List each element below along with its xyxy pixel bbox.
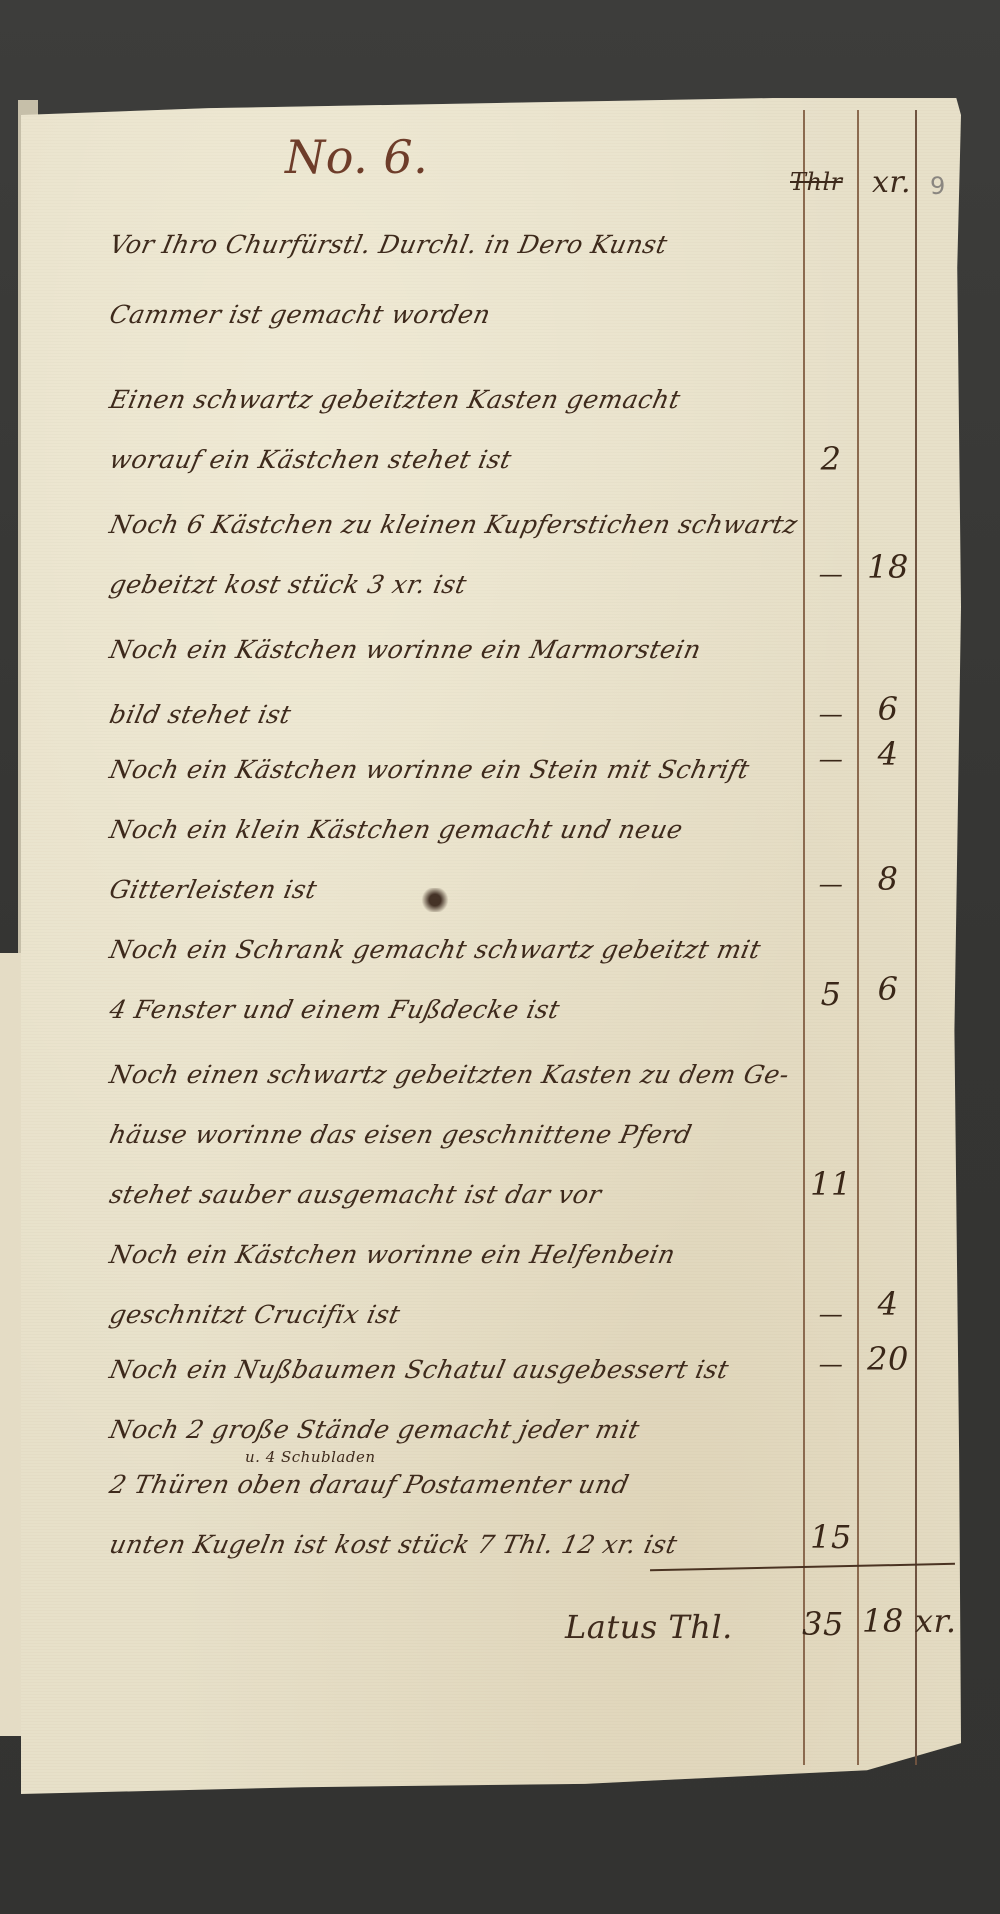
intro-line: Vor Ihro Churfürstl. Durchl. in Dero Kun… bbox=[107, 230, 670, 259]
entry-line: Noch ein klein Kästchen gemacht und neue bbox=[107, 815, 686, 844]
amount-kreuzer: 20 bbox=[862, 1340, 914, 1378]
amount-thaler: — bbox=[808, 700, 854, 728]
amount-kreuzer: 6 bbox=[862, 690, 914, 728]
total-label: Latus Thl. bbox=[565, 1608, 733, 1646]
entry-line: geschnitzt Crucifix ist bbox=[107, 1300, 403, 1329]
entry-line: Einen schwartz gebeitzten Kasten gemacht bbox=[107, 385, 683, 414]
entry-line: häuse worinne das eisen geschnittene Pfe… bbox=[107, 1120, 695, 1149]
amount-thaler: 11 bbox=[808, 1165, 854, 1203]
entry-line: Noch ein Nußbaumen Schatul ausgebessert … bbox=[107, 1355, 732, 1384]
total-unit: xr. bbox=[915, 1602, 957, 1640]
column-rule-thlr bbox=[803, 110, 805, 1765]
entry-line: worauf ein Kästchen stehet ist bbox=[107, 445, 514, 474]
amount-thaler: — bbox=[808, 870, 854, 898]
amount-thaler: — bbox=[808, 560, 854, 588]
page-number: 9 bbox=[930, 172, 946, 200]
amount-thaler: — bbox=[808, 1350, 854, 1378]
amount-kreuzer: 8 bbox=[862, 860, 914, 898]
ink-blot bbox=[420, 888, 450, 912]
amount-thaler: — bbox=[808, 1300, 854, 1328]
entry-line: unten Kugeln ist kost stück 7 Thl. 12 xr… bbox=[107, 1530, 680, 1559]
interlinear-note: u. 4 Schubladen bbox=[245, 1448, 376, 1466]
amount-kreuzer: 6 bbox=[862, 970, 914, 1008]
entry-line: Noch ein Kästchen worinne ein Stein mit … bbox=[107, 755, 752, 784]
intro-line: Cammer ist gemacht worden bbox=[107, 300, 493, 329]
entry-line: 4 Fenster und einem Fußdecke ist bbox=[107, 995, 563, 1024]
amount-kreuzer: 18 bbox=[862, 548, 914, 586]
column-rule-kreuzer bbox=[857, 110, 859, 1765]
entry-line: stehet sauber ausgemacht ist dar vor bbox=[107, 1180, 604, 1209]
entry-line: Noch einen schwartz gebeitzten Kasten zu… bbox=[107, 1060, 792, 1089]
column-header-kreuzer: xr. bbox=[872, 165, 911, 200]
amount-thaler: — bbox=[808, 745, 854, 773]
total-thaler: 35 bbox=[800, 1605, 846, 1643]
entry-line: Noch 6 Kästchen zu kleinen Kupferstichen… bbox=[107, 510, 800, 539]
amount-thaler: 15 bbox=[808, 1518, 854, 1556]
document-number-heading: No. 6. bbox=[285, 130, 428, 184]
entry-line: Noch ein Kästchen worinne ein Marmorstei… bbox=[107, 635, 704, 664]
entry-line: bild stehet ist bbox=[107, 700, 294, 729]
entry-line: 2 Thüren oben darauf Postamenter und bbox=[107, 1470, 632, 1499]
entry-line: Noch ein Schrank gemacht schwartz gebeit… bbox=[107, 935, 764, 964]
entry-line: gebeitzt kost stück 3 xr. ist bbox=[107, 570, 469, 599]
column-rule-margin bbox=[915, 110, 917, 1765]
amount-kreuzer: 4 bbox=[862, 735, 914, 773]
entry-line: Noch ein Kästchen worinne ein Helfenbein bbox=[107, 1240, 678, 1269]
amount-kreuzer: 4 bbox=[862, 1285, 914, 1323]
amount-thaler: 2 bbox=[808, 440, 854, 478]
amount-thaler: 5 bbox=[808, 975, 854, 1013]
column-header-thaler: Thlr bbox=[790, 168, 843, 196]
total-kreuzer: 18 bbox=[862, 1602, 902, 1640]
entry-line: Noch 2 große Stände gemacht jeder mit bbox=[107, 1415, 642, 1444]
entry-line: Gitterleisten ist bbox=[107, 875, 320, 904]
